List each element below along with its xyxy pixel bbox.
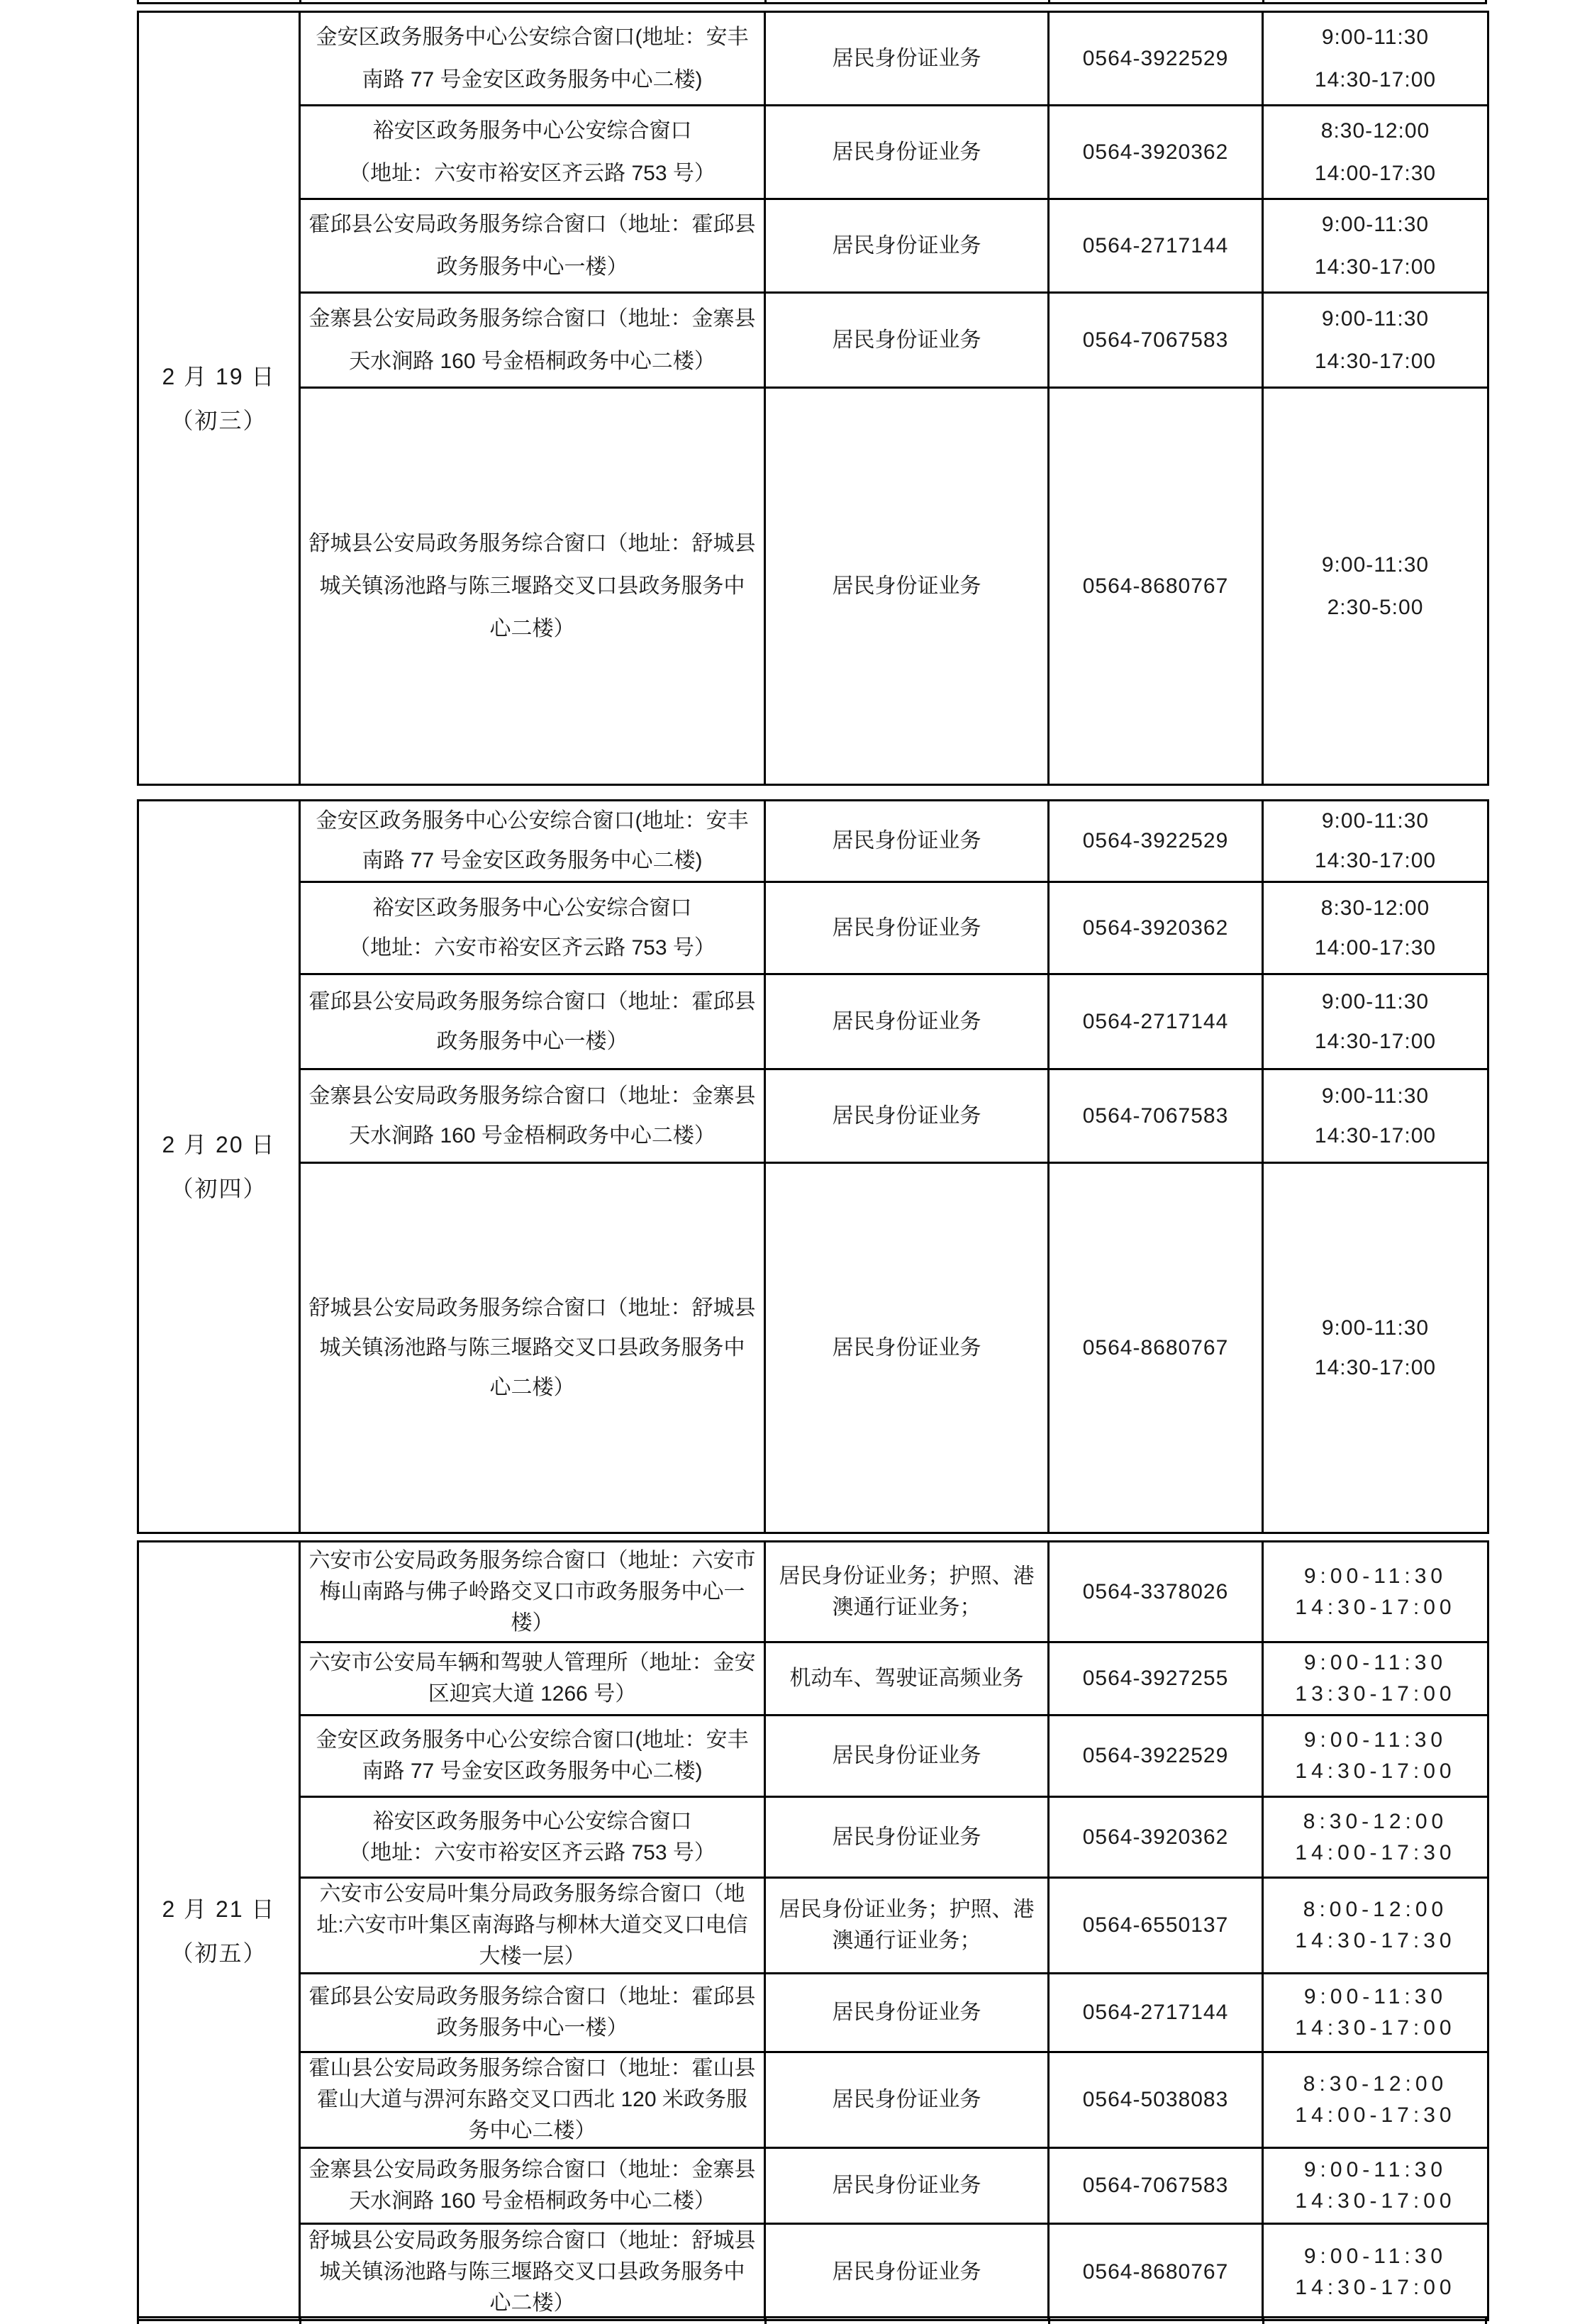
table-row: 舒城县公安局政务服务综合窗口（地址：舒城县 城关镇汤池路与陈三堰路交叉口县政务服… <box>138 388 1488 785</box>
document-page: { "page": { "background": "#ffffff", "te… <box>0 0 1592 2324</box>
name-cell: 金寨县公安局政务服务综合窗口（地址：金寨县 天水涧路 160 号金梧桐政务中心二… <box>300 1069 765 1163</box>
service-cell: 居民身份证业务 <box>765 199 1049 293</box>
name-cell: 舒城县公安局政务服务综合窗口（地址：舒城县 城关镇汤池路与陈三堰路交叉口县政务服… <box>300 388 765 785</box>
table-row: 六安市公安局车辆和驾驶人管理所（地址：金安 区迎宾大道 1266 号）机动车、驾… <box>138 1642 1488 1716</box>
table-row: 裕安区政务服务中心公安综合窗口 （地址：六安市裕安区齐云路 753 号）居民身份… <box>138 106 1488 199</box>
service-cell: 居民身份证业务 <box>765 801 1049 882</box>
phone-cell: 0564-3922529 <box>1049 1716 1263 1797</box>
name-cell: 霍邱县公安局政务服务综合窗口（地址：霍邱县 政务服务中心一楼） <box>300 974 765 1069</box>
service-cell: 居民身份证业务 <box>765 1974 1049 2052</box>
table-row: 霍邱县公安局政务服务综合窗口（地址：霍邱县 政务服务中心一楼）居民身份证业务05… <box>138 974 1488 1069</box>
table-row: 金寨县公安局政务服务综合窗口（地址：金寨县 天水涧路 160 号金梧桐政务中心二… <box>138 293 1488 388</box>
hours-cell: 9:00-11:30 14:30-17:00 <box>1263 1716 1488 1797</box>
hours-cell: 9:00-11:30 14:30-17:00 <box>1263 293 1488 388</box>
table-row: 霍山县公安局政务服务综合窗口（地址：霍山县 霍山大道与淠河东路交叉口西北 120… <box>138 2052 1488 2148</box>
table-row: 2 月 20 日 （初四）金安区政务服务中心公安综合窗口(地址：安丰 南路 77… <box>138 801 1488 882</box>
phone-cell: 0564-3920362 <box>1049 106 1263 199</box>
table-row: 霍邱县公安局政务服务综合窗口（地址：霍邱县 政务服务中心一楼）居民身份证业务05… <box>138 1974 1488 2052</box>
hours-cell: 9:00-11:30 14:30-17:00 <box>1263 12 1488 106</box>
hours-cell: 9:00-11:30 14:30-17:00 <box>1263 2224 1488 2320</box>
service-cell: 居民身份证业务 <box>765 293 1049 388</box>
hours-cell: 9:00-11:30 14:30-17:00 <box>1263 1974 1488 2052</box>
service-cell: 居民身份证业务 <box>765 106 1049 199</box>
service-cell: 居民身份证业务 <box>765 12 1049 106</box>
hours-cell: 9:00-11:30 13:30-17:00 <box>1263 1642 1488 1716</box>
hours-cell: 8:30-12:00 14:00-17:30 <box>1263 882 1488 974</box>
service-cell: 居民身份证业务 <box>765 2148 1049 2224</box>
name-cell: 裕安区政务服务中心公安综合窗口 （地址：六安市裕安区齐云路 753 号） <box>300 1797 765 1878</box>
phone-cell: 0564-3920362 <box>1049 882 1263 974</box>
phone-cell: 0564-3378026 <box>1049 1542 1263 1642</box>
schedule-group-feb20: 2 月 20 日 （初四）金安区政务服务中心公安综合窗口(地址：安丰 南路 77… <box>137 799 1489 1534</box>
phone-cell: 0564-7067583 <box>1049 293 1263 388</box>
phone-cell: 0564-6550137 <box>1049 1878 1263 1974</box>
service-cell: 居民身份证业务 <box>765 1716 1049 1797</box>
name-cell: 裕安区政务服务中心公安综合窗口 （地址：六安市裕安区齐云路 753 号） <box>300 882 765 974</box>
phone-cell: 0564-7067583 <box>1049 2148 1263 2224</box>
name-cell: 金寨县公安局政务服务综合窗口（地址：金寨县 天水涧路 160 号金梧桐政务中心二… <box>300 293 765 388</box>
column-divider-line <box>1048 0 1050 2</box>
date-cell: 2 月 21 日 （初五） <box>138 1542 300 2320</box>
name-cell: 六安市公安局车辆和驾驶人管理所（地址：金安 区迎宾大道 1266 号） <box>300 1642 765 1716</box>
hours-cell: 9:00-11:30 14:30-17:00 <box>1263 199 1488 293</box>
phone-cell: 0564-3927255 <box>1049 1642 1263 1716</box>
hours-cell: 8:30-12:00 14:00-17:30 <box>1263 2052 1488 2148</box>
service-cell: 居民身份证业务；护照、港 澳通行证业务； <box>765 1542 1049 1642</box>
column-divider-line <box>299 0 301 2</box>
hours-cell: 9:00-11:30 14:30-17:00 <box>1263 1069 1488 1163</box>
phone-cell: 0564-3922529 <box>1049 12 1263 106</box>
name-cell: 金寨县公安局政务服务综合窗口（地址：金寨县 天水涧路 160 号金梧桐政务中心二… <box>300 2148 765 2224</box>
phone-cell: 0564-2717144 <box>1049 199 1263 293</box>
table-row: 六安市公安局叶集分局政务服务综合窗口（地 址:六安市叶集区南海路与柳林大道交叉口… <box>138 1878 1488 1974</box>
table-row: 舒城县公安局政务服务综合窗口（地址：舒城县 城关镇汤池路与陈三堰路交叉口县政务服… <box>138 2224 1488 2320</box>
name-cell: 金安区政务服务中心公安综合窗口(地址：安丰 南路 77 号金安区政务服务中心二楼… <box>300 1716 765 1797</box>
service-cell: 居民身份证业务 <box>765 2224 1049 2320</box>
date-cell: 2 月 20 日 （初四） <box>138 801 300 1533</box>
service-cell: 居民身份证业务 <box>765 1163 1049 1533</box>
phone-cell: 0564-2717144 <box>1049 974 1263 1069</box>
hours-cell: 9:00-11:30 14:30-17:00 <box>1263 1163 1488 1533</box>
name-cell: 舒城县公安局政务服务综合窗口（地址：舒城县 城关镇汤池路与陈三堰路交叉口县政务服… <box>300 1163 765 1533</box>
hours-cell: 9:00-11:30 14:30-17:00 <box>1263 801 1488 882</box>
table-row: 裕安区政务服务中心公安综合窗口 （地址：六安市裕安区齐云路 753 号）居民身份… <box>138 1797 1488 1878</box>
schedule-group-feb19: 2 月 19 日 （初三）金安区政务服务中心公安综合窗口(地址：安丰 南路 77… <box>137 11 1489 786</box>
service-cell: 居民身份证业务 <box>765 1797 1049 1878</box>
hours-cell: 8:30-12:00 14:00-17:30 <box>1263 1797 1488 1878</box>
phone-cell: 0564-3920362 <box>1049 1797 1263 1878</box>
phone-cell: 0564-3922529 <box>1049 801 1263 882</box>
column-divider-line <box>764 0 767 2</box>
hours-cell: 9:00-11:30 14:30-17:00 <box>1263 974 1488 1069</box>
schedule-group-feb21: 2 月 21 日 （初五）六安市公安局政务服务综合窗口（地址：六安市 梅山南路与… <box>137 1540 1489 2321</box>
name-cell: 六安市公安局叶集分局政务服务综合窗口（地 址:六安市叶集区南海路与柳林大道交叉口… <box>300 1878 765 1974</box>
table-row: 2 月 19 日 （初三）金安区政务服务中心公安综合窗口(地址：安丰 南路 77… <box>138 12 1488 106</box>
phone-cell: 0564-8680767 <box>1049 2224 1263 2320</box>
table-row: 金寨县公安局政务服务综合窗口（地址：金寨县 天水涧路 160 号金梧桐政务中心二… <box>138 2148 1488 2224</box>
table-row: 金安区政务服务中心公安综合窗口(地址：安丰 南路 77 号金安区政务服务中心二楼… <box>138 1716 1488 1797</box>
name-cell: 金安区政务服务中心公安综合窗口(地址：安丰 南路 77 号金安区政务服务中心二楼… <box>300 12 765 106</box>
service-cell: 居民身份证业务 <box>765 388 1049 785</box>
service-cell: 居民身份证业务；护照、港 澳通行证业务； <box>765 1878 1049 1974</box>
name-cell: 霍邱县公安局政务服务综合窗口（地址：霍邱县 政务服务中心一楼） <box>300 1974 765 2052</box>
column-divider-line <box>764 2318 767 2324</box>
table-remnant-bottom <box>137 2316 1487 2324</box>
name-cell: 霍山县公安局政务服务综合窗口（地址：霍山县 霍山大道与淠河东路交叉口西北 120… <box>300 2052 765 2148</box>
schedule-table-feb19: 2 月 19 日 （初三）金安区政务服务中心公安综合窗口(地址：安丰 南路 77… <box>137 11 1489 786</box>
column-divider-line <box>299 2318 301 2324</box>
phone-cell: 0564-8680767 <box>1049 1163 1263 1533</box>
name-cell: 裕安区政务服务中心公安综合窗口 （地址：六安市裕安区齐云路 753 号） <box>300 106 765 199</box>
table-row: 2 月 21 日 （初五）六安市公安局政务服务综合窗口（地址：六安市 梅山南路与… <box>138 1542 1488 1642</box>
hours-cell: 9:00-11:30 14:30-17:00 <box>1263 2148 1488 2224</box>
column-divider-line <box>1262 2318 1264 2324</box>
service-cell: 机动车、驾驶证高频业务 <box>765 1642 1049 1716</box>
schedule-table-body: 2 月 19 日 （初三）金安区政务服务中心公安综合窗口(地址：安丰 南路 77… <box>138 12 1488 785</box>
table-remnant-top <box>137 0 1487 4</box>
hours-cell: 8:00-12:00 14:30-17:30 <box>1263 1878 1488 1974</box>
schedule-table-feb21: 2 月 21 日 （初五）六安市公安局政务服务综合窗口（地址：六安市 梅山南路与… <box>137 1540 1489 2321</box>
service-cell: 居民身份证业务 <box>765 2052 1049 2148</box>
hours-cell: 9:00-11:30 2:30-5:00 <box>1263 388 1488 785</box>
schedule-table-body: 2 月 20 日 （初四）金安区政务服务中心公安综合窗口(地址：安丰 南路 77… <box>138 801 1488 1533</box>
table-row: 霍邱县公安局政务服务综合窗口（地址：霍邱县 政务服务中心一楼）居民身份证业务05… <box>138 199 1488 293</box>
service-cell: 居民身份证业务 <box>765 1069 1049 1163</box>
schedule-table-feb20: 2 月 20 日 （初四）金安区政务服务中心公安综合窗口(地址：安丰 南路 77… <box>137 799 1489 1534</box>
name-cell: 霍邱县公安局政务服务综合窗口（地址：霍邱县 政务服务中心一楼） <box>300 199 765 293</box>
column-divider-line <box>1048 2318 1050 2324</box>
name-cell: 六安市公安局政务服务综合窗口（地址：六安市 梅山南路与佛子岭路交叉口市政务服务中… <box>300 1542 765 1642</box>
table-row: 舒城县公安局政务服务综合窗口（地址：舒城县 城关镇汤池路与陈三堰路交叉口县政务服… <box>138 1163 1488 1533</box>
phone-cell: 0564-2717144 <box>1049 1974 1263 2052</box>
phone-cell: 0564-7067583 <box>1049 1069 1263 1163</box>
table-row: 裕安区政务服务中心公安综合窗口 （地址：六安市裕安区齐云路 753 号）居民身份… <box>138 882 1488 974</box>
name-cell: 舒城县公安局政务服务综合窗口（地址：舒城县 城关镇汤池路与陈三堰路交叉口县政务服… <box>300 2224 765 2320</box>
phone-cell: 0564-8680767 <box>1049 388 1263 785</box>
table-row: 金寨县公安局政务服务综合窗口（地址：金寨县 天水涧路 160 号金梧桐政务中心二… <box>138 1069 1488 1163</box>
hours-cell: 9:00-11:30 14:30-17:00 <box>1263 1542 1488 1642</box>
column-divider-line <box>1262 0 1264 2</box>
date-cell: 2 月 19 日 （初三） <box>138 12 300 785</box>
service-cell: 居民身份证业务 <box>765 974 1049 1069</box>
hours-cell: 8:30-12:00 14:00-17:30 <box>1263 106 1488 199</box>
schedule-table-body: 2 月 21 日 （初五）六安市公安局政务服务综合窗口（地址：六安市 梅山南路与… <box>138 1542 1488 2320</box>
name-cell: 金安区政务服务中心公安综合窗口(地址：安丰 南路 77 号金安区政务服务中心二楼… <box>300 801 765 882</box>
phone-cell: 0564-5038083 <box>1049 2052 1263 2148</box>
service-cell: 居民身份证业务 <box>765 882 1049 974</box>
